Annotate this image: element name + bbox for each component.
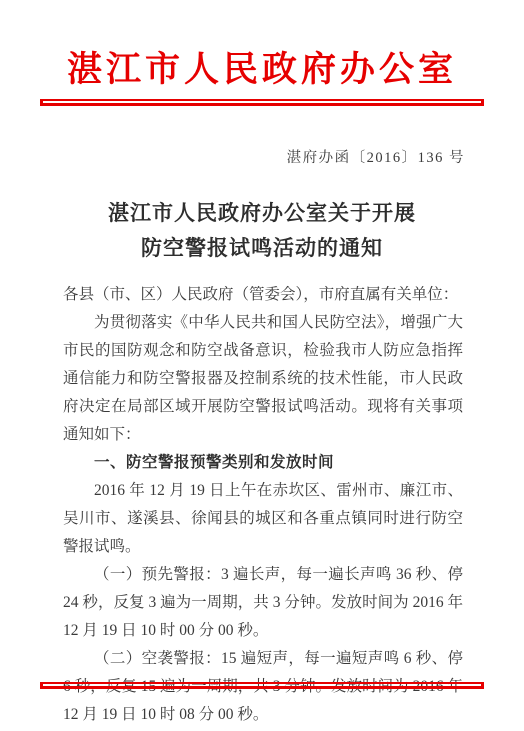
rule-thick-line — [41, 686, 483, 690]
document-body: 各县（市、区）人民政府（管委会），市府直属有关单位： 为贯彻落实《中华人民共和国… — [63, 281, 463, 729]
document-title-line2: 防空警报试鸣活动的通知 — [0, 231, 524, 266]
paragraph-schedule: 2016 年 12 月 19 日上午在赤坎区、雷州市、廉江市、吴川市、遂溪县、徐… — [63, 477, 463, 561]
paragraph-pre-alarm: （一）预先警报：3 遍长声，每一遍长声鸣 36 秒、停 24 秒，反复 3 遍为… — [63, 561, 463, 645]
document-page: 湛江市人民政府办公室 湛府办函〔2016〕136 号 湛江市人民政府办公室关于开… — [0, 0, 524, 731]
letterhead-org-name: 湛江市人民政府办公室 — [0, 42, 524, 92]
doc-reference-number: 湛府办函〔2016〕136 号 — [287, 146, 465, 167]
rule-thick-line — [41, 103, 483, 107]
document-title: 湛江市人民政府办公室关于开展 防空警报试鸣活动的通知 — [0, 196, 524, 266]
section-heading-1: 一、防空警报预警类别和发放时间 — [63, 449, 463, 477]
document-title-line1: 湛江市人民政府办公室关于开展 — [0, 196, 524, 231]
footer-divider-rule — [41, 682, 483, 689]
salutation: 各县（市、区）人民政府（管委会），市府直属有关单位： — [63, 281, 463, 309]
paragraph-intro: 为贯彻落实《中华人民共和国人民防空法》，增强广大市民的国防观念和防空战备意识，检… — [63, 309, 463, 449]
letterhead-divider-rule — [41, 99, 483, 106]
